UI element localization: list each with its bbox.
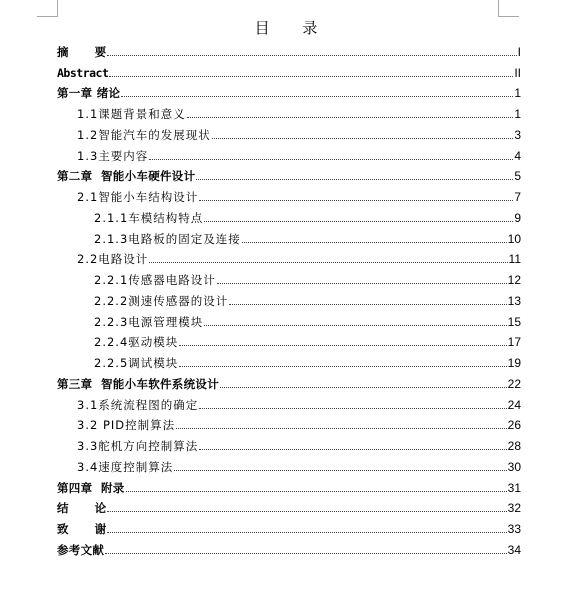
dot-leader	[126, 490, 507, 492]
toc-entry-label: 2.1.1车模结构特点	[94, 211, 203, 225]
dot-leader	[107, 54, 516, 56]
dot-leader	[204, 324, 506, 326]
toc-entry-section-3-2[interactable]: 3.2 PID控制算法 26	[57, 412, 521, 433]
dot-leader	[199, 199, 513, 201]
toc-entry-section-3-3[interactable]: 3.3舵机方向控制算法 28	[57, 432, 521, 453]
dot-leader	[107, 531, 506, 533]
toc-entry-page: 5	[514, 169, 521, 183]
toc-entry-references[interactable]: 参考文献 34	[57, 536, 521, 557]
toc-entry-section-2-1[interactable]: 2.1智能小车结构设计 7	[57, 183, 521, 204]
toc-entry-label: 1.1课题背景和意义	[77, 107, 186, 121]
toc-entry-page: 28	[508, 439, 521, 453]
toc-entry-label: 2.2.3电源管理模块	[94, 315, 203, 329]
toc-entry-label: 3.4速度控制算法	[77, 460, 173, 474]
toc-entry-section-2-2-2[interactable]: 2.2.2测速传感器的设计 13	[57, 287, 521, 308]
toc-entry-section-1-2[interactable]: 1.2智能汽车的发展现状 3	[57, 121, 521, 142]
toc-entry-section-2-2-1[interactable]: 2.2.1传感器电路设计 12	[57, 266, 521, 287]
toc-entry-label: 1.3主要内容	[77, 149, 148, 163]
toc-entry-section-1-1[interactable]: 1.1课题背景和意义 1	[57, 100, 521, 121]
toc-entry-abstract-en[interactable]: Abstract II	[57, 59, 521, 80]
dot-leader	[220, 386, 507, 388]
toc-entry-page: 7	[514, 190, 521, 204]
toc-entry-label: Abstract	[57, 66, 108, 80]
toc-entry-label: 2.2.1传感器电路设计	[94, 273, 216, 287]
dot-leader	[149, 158, 513, 160]
toc-entry-page: 4	[514, 149, 521, 163]
dot-leader	[105, 552, 506, 554]
toc-entry-section-3-1[interactable]: 3.1系统流程图的确定 24	[57, 391, 521, 412]
page-corner-mark-top-right	[498, 0, 519, 17]
toc-entry-page: 13	[508, 294, 521, 308]
toc-entry-chapter-4[interactable]: 第四章 附录 31	[57, 474, 521, 495]
dot-leader	[204, 220, 513, 222]
dot-leader	[217, 282, 507, 284]
toc-entry-section-2-2[interactable]: 2.2电路设计 11	[57, 246, 521, 267]
dot-leader	[212, 137, 514, 139]
dot-leader	[199, 407, 506, 409]
toc-entry-label: 2.2.2测速传感器的设计	[94, 294, 228, 308]
toc-entry-acknowledgements[interactable]: 致 谢 33	[57, 515, 521, 536]
toc-entry-page: 12	[508, 273, 521, 287]
toc-entry-page: 19	[508, 356, 521, 370]
toc-entry-page: 31	[508, 481, 521, 495]
dot-leader	[149, 261, 507, 263]
dot-leader	[121, 95, 513, 97]
toc-entry-section-3-4[interactable]: 3.4速度控制算法 30	[57, 453, 521, 474]
toc-entry-page: II	[514, 66, 521, 80]
toc-entry-label: 第四章 附录	[57, 481, 125, 495]
toc-entry-section-2-2-3[interactable]: 2.2.3电源管理模块 15	[57, 308, 521, 329]
dot-leader	[107, 510, 506, 512]
toc-entry-page: I	[518, 45, 521, 59]
dot-leader	[229, 303, 506, 305]
dot-leader	[199, 448, 506, 450]
toc-title: 目 录	[0, 17, 574, 38]
toc-entry-section-2-1-1[interactable]: 2.1.1车模结构特点 9	[57, 204, 521, 225]
toc-entry-label: 3.2 PID控制算法	[77, 418, 175, 432]
toc-entry-label: 2.1.3电路板的固定及连接	[94, 232, 241, 246]
dot-leader	[176, 427, 507, 429]
toc-entry-conclusion[interactable]: 结 论 32	[57, 495, 521, 516]
toc-entry-chapter-2[interactable]: 第二章 智能小车硬件设计 5	[57, 163, 521, 184]
toc-entry-label: 摘 要	[57, 45, 106, 59]
dot-leader	[187, 116, 514, 118]
toc-entry-label: 致 谢	[57, 522, 106, 536]
toc-entry-page: 1	[514, 86, 521, 100]
table-of-contents: 摘 要 I Abstract II 第一章 绪论 1 1.1课题背景和意义 1 …	[57, 38, 521, 557]
toc-entry-label: 3.3舵机方向控制算法	[77, 439, 198, 453]
dot-leader	[242, 241, 507, 243]
toc-entry-abstract-cn[interactable]: 摘 要 I	[57, 38, 521, 59]
toc-entry-page: 26	[508, 418, 521, 432]
toc-entry-section-1-3[interactable]: 1.3主要内容 4	[57, 142, 521, 163]
toc-entry-page: 10	[508, 232, 521, 246]
toc-entry-page: 17	[508, 335, 521, 349]
dot-leader	[179, 344, 506, 346]
toc-entry-label: 参考文献	[57, 543, 104, 557]
dot-leader	[109, 75, 513, 77]
toc-entry-page: 11	[509, 252, 521, 266]
toc-entry-page: 34	[508, 543, 521, 557]
toc-entry-section-2-2-4[interactable]: 2.2.4驱动模块 17	[57, 329, 521, 350]
toc-entry-page: 30	[508, 460, 521, 474]
dot-leader	[174, 469, 506, 471]
toc-entry-label: 1.2智能汽车的发展现状	[77, 128, 211, 142]
toc-entry-label: 2.2电路设计	[77, 252, 148, 266]
toc-entry-page: 24	[508, 398, 521, 412]
toc-entry-chapter-3[interactable]: 第三章 智能小车软件系统设计 22	[57, 370, 521, 391]
toc-entry-section-2-2-5[interactable]: 2.2.5调试模块 19	[57, 349, 521, 370]
toc-entry-page: 32	[508, 501, 521, 515]
toc-entry-label: 结 论	[57, 501, 106, 515]
dot-leader	[196, 178, 513, 180]
toc-entry-label: 2.2.4驱动模块	[94, 335, 178, 349]
toc-entry-label: 3.1系统流程图的确定	[77, 398, 198, 412]
page-corner-mark-top-left	[37, 0, 58, 17]
toc-entry-page: 15	[508, 315, 521, 329]
toc-entry-label: 第二章 智能小车硬件设计	[57, 169, 195, 183]
toc-entry-label: 2.2.5调试模块	[94, 356, 178, 370]
toc-entry-page: 3	[514, 128, 521, 142]
toc-entry-label: 第一章 绪论	[57, 86, 120, 100]
toc-entry-page: 9	[514, 211, 521, 225]
toc-entry-page: 22	[508, 377, 521, 391]
toc-entry-page: 1	[514, 107, 521, 121]
toc-entry-page: 33	[508, 522, 521, 536]
toc-entry-label: 第三章 智能小车软件系统设计	[57, 377, 219, 391]
toc-entry-chapter-1[interactable]: 第一章 绪论 1	[57, 80, 521, 101]
toc-entry-label: 2.1智能小车结构设计	[77, 190, 198, 204]
toc-entry-section-2-1-3[interactable]: 2.1.3电路板的固定及连接 10	[57, 225, 521, 246]
dot-leader	[179, 365, 506, 367]
